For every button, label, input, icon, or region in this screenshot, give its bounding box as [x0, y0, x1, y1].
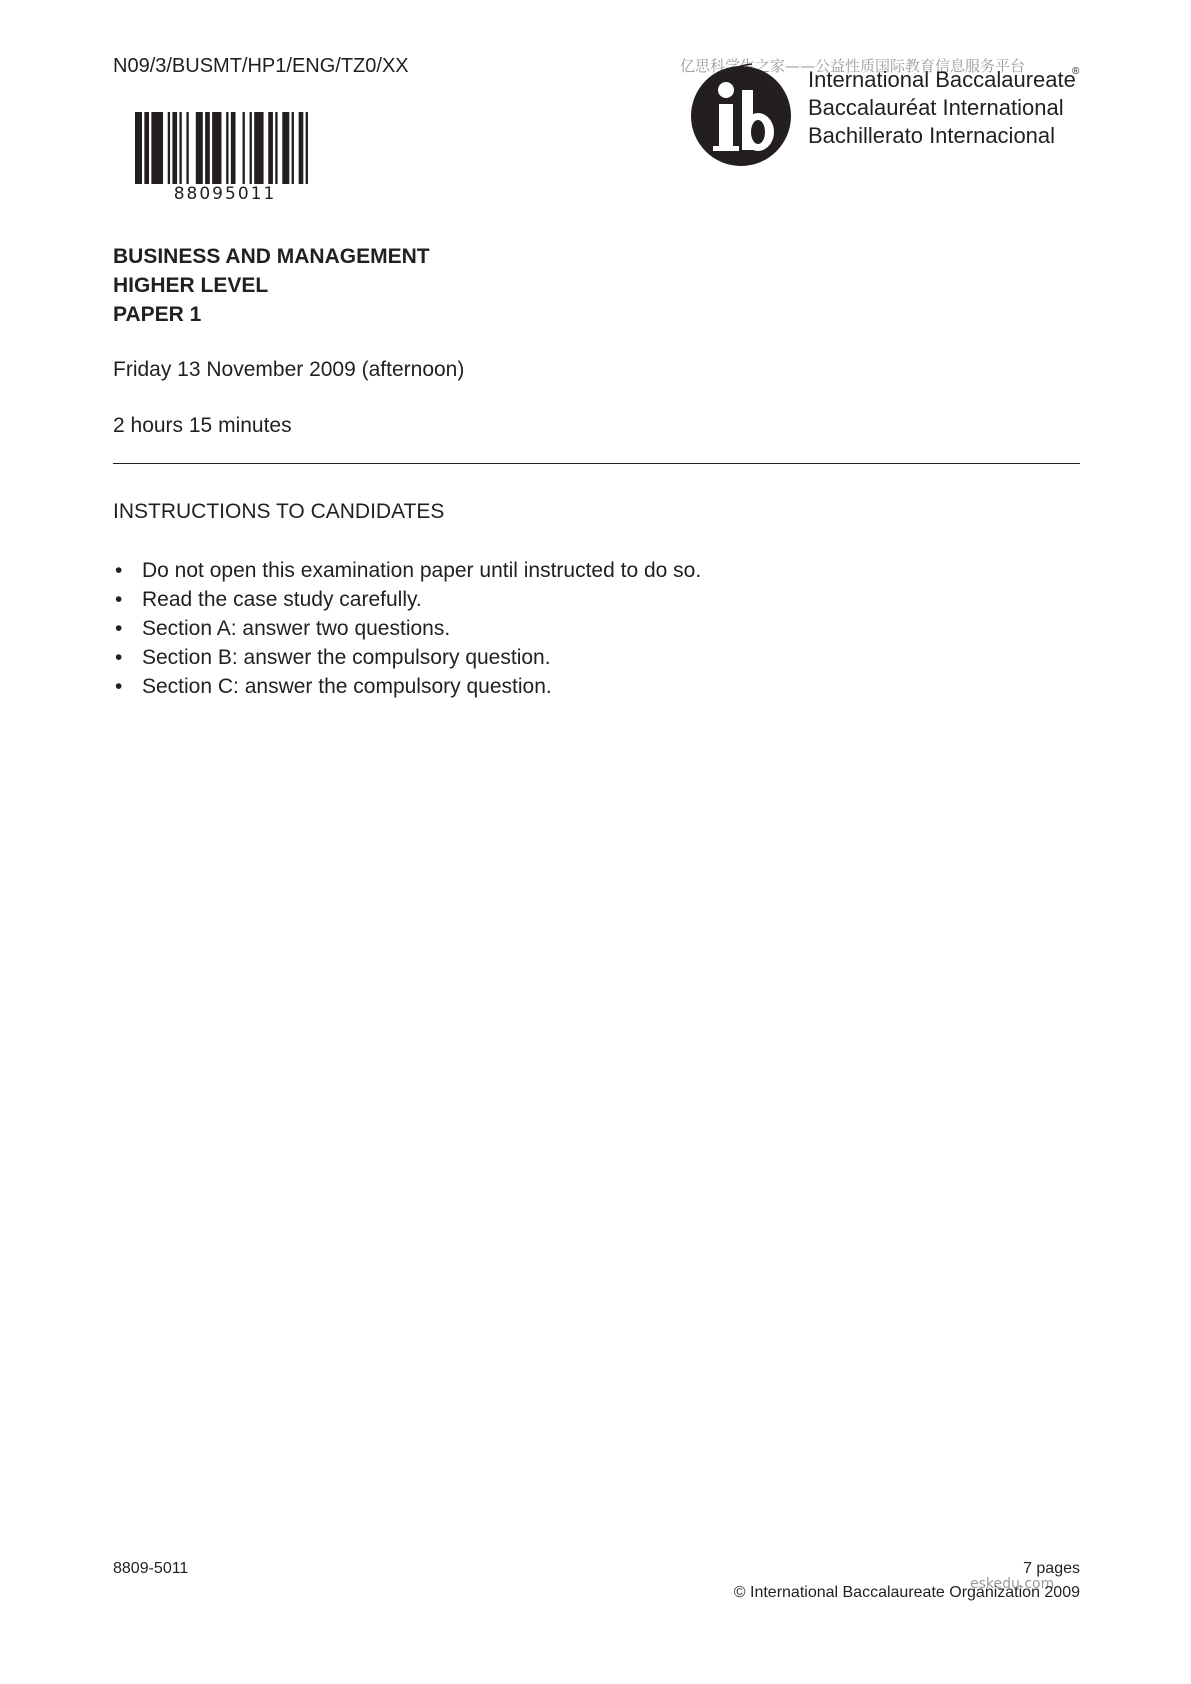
bullet-icon: •	[115, 643, 122, 672]
copyright: © International Baccalaureate Organizati…	[734, 1584, 1080, 1602]
list-item: •Section C: answer the compulsory questi…	[113, 672, 701, 701]
bullet-icon: •	[115, 672, 122, 701]
barcode-icon	[135, 112, 315, 184]
exam-date: Friday 13 November 2009 (afternoon)	[113, 358, 464, 382]
ib-name-spanish: Bachillerato Internacional	[808, 123, 1055, 149]
divider	[113, 463, 1080, 464]
instructions-list: •Do not open this examination paper unti…	[113, 556, 701, 701]
list-item: •Section A: answer two questions.	[113, 614, 701, 643]
level-title: HIGHER LEVEL	[113, 274, 268, 298]
paper-title: PAPER 1	[113, 303, 201, 327]
barcode-number: 88095011	[135, 184, 315, 204]
list-item: •Read the case study carefully.	[113, 585, 701, 614]
list-item: •Do not open this examination paper unti…	[113, 556, 701, 585]
exam-duration: 2 hours 15 minutes	[113, 414, 292, 438]
bullet-icon: •	[115, 585, 122, 614]
subject-title: BUSINESS AND MANAGEMENT	[113, 245, 430, 269]
ib-name-english: International Baccalaureate	[808, 67, 1076, 93]
bullet-icon: •	[115, 614, 122, 643]
instructions-heading: INSTRUCTIONS TO CANDIDATES	[113, 500, 444, 524]
bullet-icon: •	[115, 556, 122, 585]
registered-mark: ®	[1072, 66, 1079, 77]
ib-name-french: Baccalauréat International	[808, 95, 1064, 121]
footer-code: 8809-5011	[113, 1560, 188, 1578]
list-item: •Section B: answer the compulsory questi…	[113, 643, 701, 672]
ib-logo-icon	[686, 60, 796, 168]
paper-code: N09/3/BUSMT/HP1/ENG/TZ0/XX	[113, 55, 409, 78]
